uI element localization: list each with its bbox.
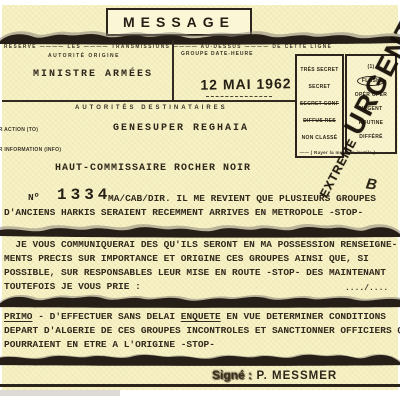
date-group-label: GROUPE DATE-HEURE — [181, 51, 253, 57]
body-text: EN VUE DETERMINER CONDITIONS — [221, 311, 386, 322]
classification-item: TRÈS SECRET — [297, 62, 342, 79]
bottom-smudge — [0, 390, 120, 396]
body-line: DEPART D'ALGERIE DE CES GROUPES INCONTRO… — [4, 325, 400, 336]
form-title: MESSAGE — [123, 14, 235, 30]
destinataires-label: AUTORITÉS DESTINATAIRES — [75, 105, 228, 111]
telegram-scan: MESSAGE RÉSERVÉ ———— LES ———— TRANSMISSI… — [0, 0, 400, 400]
classification-item: SECRET-CONF — [297, 96, 342, 113]
pour-action-label: POUR ACTION (TO) — [0, 127, 38, 133]
message-number: 1334 — [57, 186, 111, 204]
body-line: TOUTEFOIS JE VOUS PRIE : — [4, 281, 141, 292]
classification-item: DIFFUS RES — [297, 113, 342, 130]
body-line: PRIMO - D'EFFECTUER SANS DELAI ENQUETE E… — [4, 311, 386, 322]
header-divider-horizontal — [2, 100, 295, 102]
body-line: JE VOUS COMMUNIQUERAI DES QU'ILS SERONT … — [4, 239, 397, 250]
body-line: MENTS PRECIS SUR IMPORTANCE ET ORIGINE C… — [4, 253, 369, 264]
signed-label: Signé : — [212, 368, 252, 382]
header-divider-vertical — [172, 40, 174, 100]
action-addressee: GENESUPER REGHAIA — [113, 123, 249, 134]
body-line: POURRAIENT EN ETRE A L'ORIGINE -STOP- — [4, 339, 215, 350]
message-number-prefix: Nº — [28, 192, 39, 203]
date-stamp: 12 MAI 1962 — [196, 75, 296, 93]
body-ref-line: MA/CAB/DIR. IL ME REVIENT QUE PLUSIEURS … — [108, 193, 376, 204]
date-underline — [206, 96, 272, 97]
pour-information-label: POUR INFORMATION (INFO) — [0, 147, 61, 153]
enquete-word: ENQUETE — [181, 311, 221, 322]
signatory-name: P. MESSMER — [256, 370, 337, 382]
transmissions-note: RÉSERVÉ ———— LES ———— TRANSMISSIONS ————… — [4, 44, 332, 50]
body-line: D'ANCIENS HARKIS SERAIENT RECEMMENT ARRI… — [4, 207, 363, 218]
info-addressee: HAUT-COMMISSAIRE ROCHER NOIR — [55, 163, 251, 174]
origin-label: AUTORITÉ ORIGINE — [48, 53, 120, 59]
primo-label: PRIMO — [4, 311, 33, 322]
bottom-rule — [0, 384, 400, 387]
message-title-box: MESSAGE — [106, 8, 252, 36]
body-line: POSSIBLE, SUR RESPONSABLES LEUR MISE EN … — [4, 267, 386, 278]
stamp-fragment: B — [365, 175, 378, 193]
classification-item: SECRET — [297, 79, 342, 96]
body-text: - D'EFFECTUER SANS DELAI — [33, 311, 181, 322]
continuation-mark: ..../.... — [345, 284, 388, 293]
origin-value: MINISTRE ARMÉES — [33, 69, 153, 80]
signature-line: Signé : P. MESSMER — [212, 366, 337, 384]
